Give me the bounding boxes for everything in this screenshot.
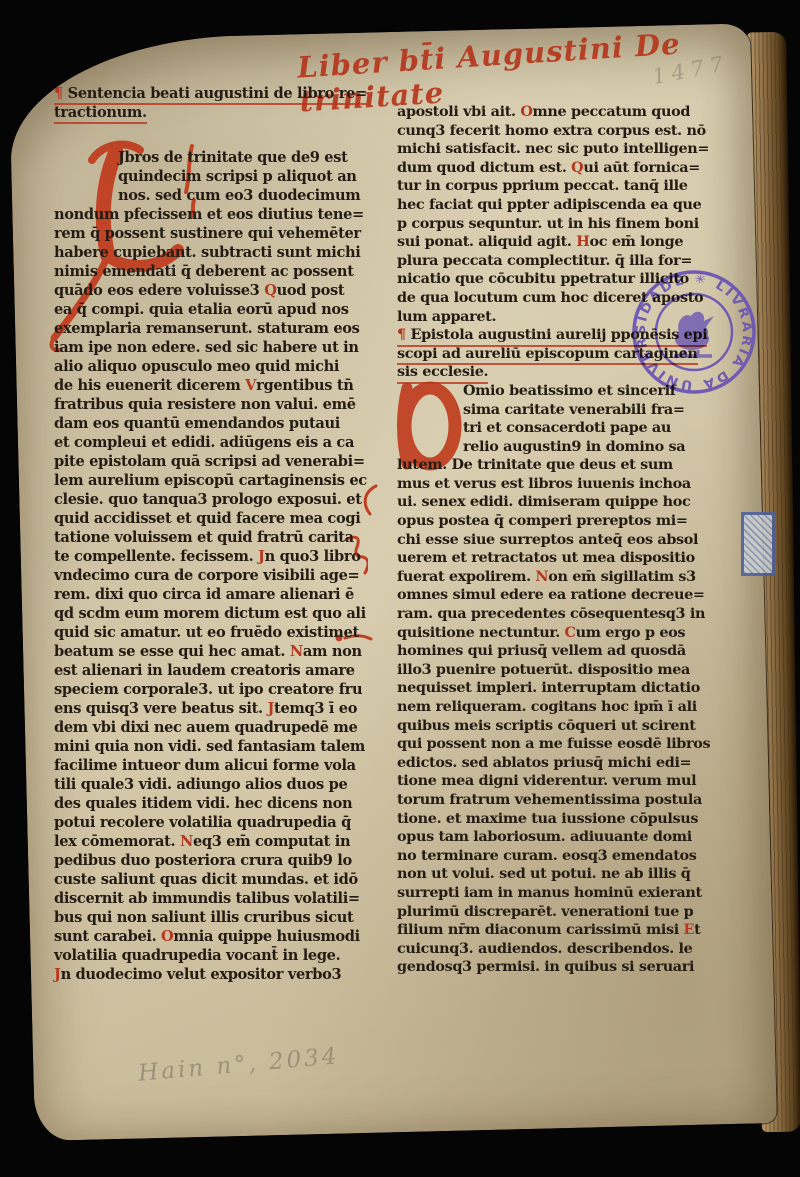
- text-line: qd scdm eum morem dictum est quo ali: [54, 604, 394, 623]
- text-line: vndecimo cura de corpore visibili age=: [54, 566, 394, 585]
- text-line: bus qui non saliunt illis cruribus sicut: [54, 908, 394, 927]
- text-line: clesie. quo tanqua3 prologo exposui. et: [54, 490, 394, 509]
- text-line: tatione voluissem et quid fratrū carita: [54, 528, 394, 547]
- text-line: ens quisq3 vere beatus sit. Jtemq3 ī eo: [54, 699, 394, 718]
- text-line: sui ponat. aliquid agit. Hoc em̄ longe: [397, 233, 765, 252]
- text-line: michi satisfacit. nec sic puto intellige…: [397, 140, 765, 159]
- text-line: sunt carabei. Omnia quippe huiusmodi: [54, 927, 394, 946]
- text-line: speciem corporale3. ut ipo creatore fru: [54, 680, 394, 699]
- text-line: tractionum.: [54, 103, 394, 122]
- text-line: alio aliquo opusculo meo quid michi: [54, 357, 394, 376]
- right-text-column: apostoli vbi ait. Omne peccatum quodcunq…: [397, 103, 765, 977]
- text-line: rem. dixi quo circa id amare alienari ē: [54, 585, 394, 604]
- text-line: fratribus quia resistere non valui. emē: [54, 395, 394, 414]
- text-line: qui possent non a me fuisse eosdē libros: [397, 735, 765, 754]
- text-line: nequisset impleri. interruptam dictatio: [397, 679, 765, 698]
- text-line: opus tam laboriosum. adiuuante domi: [397, 828, 765, 847]
- bibliographic-pencil-note: Hain n°, 2034: [137, 1043, 340, 1086]
- text-line: nem reliqueram. cogitans hoc ipm̄ ī ali: [397, 698, 765, 717]
- text-line: de his euenerit dicerem Vrgentibus tn̄: [54, 376, 394, 395]
- text-line: no terminare curam. eosq3 emendatos: [397, 847, 765, 866]
- text-line: hec faciat qui ppter adipiscenda ea que: [397, 196, 765, 215]
- text-line: tili quale3 vidi. adiungo alios duos pe: [54, 775, 394, 794]
- photograph-backdrop: Liber bt̄i Augustini De trinitate 1477: [0, 0, 800, 1177]
- text-line: nos. sed cum eo3 duodecimum: [54, 186, 394, 205]
- text-line: ¶ Sentencia beati augustini de libro re=: [54, 84, 394, 103]
- text-line: lex cōmemorat. Neq3 em̄ computat in: [54, 832, 394, 851]
- text-line: potui recolere volatilia quadrupedia q̄: [54, 813, 394, 832]
- text-line: nondum pfecissem et eos diutius tene=: [54, 205, 394, 224]
- text-line: opus postea q̄ comperi prereptos mi=: [397, 512, 765, 531]
- text-line: habere cupiebant. subtracti sunt michi: [54, 243, 394, 262]
- pelican-emblem-icon: [674, 312, 714, 356]
- text-line: mini quia non vidi. sed fantasiam talem: [54, 737, 394, 756]
- text-line: tione mea digni viderentur. verum mul: [397, 772, 765, 791]
- text-line: mus et verus est libros iuuenis inchoa: [397, 475, 765, 494]
- text-line: plurimū discreparēt. venerationi tue p: [397, 903, 765, 922]
- text-line: uerem et retractatos ut mea dispositio: [397, 549, 765, 568]
- text-line: te compellente. fecissem. Jn quo3 libro: [54, 547, 394, 566]
- text-line: cunq3 fecerit homo extra corpus est. nō: [397, 122, 765, 141]
- text-line: quibus meis scriptis cōqueri ut scirent: [397, 717, 765, 736]
- text-line: tione. et maxime tua iussione cōpulsus: [397, 810, 765, 829]
- text-line: dam eos quantū emendandos putaui: [54, 414, 394, 433]
- text-line: tri et consacerdoti pape au: [397, 419, 765, 438]
- text-line: cuicunq3. audiendos. describendos. le: [397, 940, 765, 959]
- text-line: illo3 puenire potuerūt. dispositio mea: [397, 661, 765, 680]
- text-line: chi esse siue surreptos anteq̄ eos absol: [397, 531, 765, 550]
- text-line: exemplaria remanserunt. staturam eos: [54, 319, 394, 338]
- text-line: p corpus sequntur. ut in his finem boni: [397, 215, 765, 234]
- text-line: apostoli vbi ait. Omne peccatum quod: [397, 103, 765, 122]
- text-line: fuerat expolirem. Non em̄ sigillatim s3: [397, 568, 765, 587]
- page-content: Liber bt̄i Augustini De trinitate 1477: [0, 0, 800, 1177]
- text-line: filium nr̄m diaconum carissimū misi Et: [397, 921, 765, 940]
- text-line: Jbros de trinitate que de9 est: [54, 148, 394, 167]
- text-line: homines qui priusq̄ vellem ad quosdā: [397, 642, 765, 661]
- text-line: ram. qua precedentes cōsequentesq3 in: [397, 605, 765, 624]
- text-line: et compleui et edidi. adiūgens eis a ca: [54, 433, 394, 452]
- text-line: quid sic amatur. ut eo fruēdo existimet: [54, 623, 394, 642]
- text-line: iam ipe non edere. sed sic habere ut in: [54, 338, 394, 357]
- text-line: lutem. De trinitate que deus et sum: [397, 456, 765, 475]
- text-line: des quales itidem vidi. hec dicens non: [54, 794, 394, 813]
- text-line: quid accidisset et quid facere mea cogi: [54, 509, 394, 528]
- text-line: est alienari in laudem creatoris amare: [54, 661, 394, 680]
- text-line: volatilia quadrupedia vocant̄ in lege.: [54, 946, 394, 965]
- text-line: rem q̄ possent sustinere qui vehemēter: [54, 224, 394, 243]
- text-line: beatum se esse qui hec amat. Nam non: [54, 642, 394, 661]
- text-line: edictos. sed ablatos priusq̄ michi edi=: [397, 754, 765, 773]
- text-line: dum quod dictum est. Qui aūt fornica=: [397, 159, 765, 178]
- text-line: discernit ab immundis talibus volatili=: [54, 889, 394, 908]
- text-line: quindecim scripsi p aliquot an: [54, 167, 394, 186]
- text-line: facilime intueor dum alicui forme vola: [54, 756, 394, 775]
- text-line: quādo eos edere voluisse3 Quod post: [54, 281, 394, 300]
- text-line: custe saliunt quas dicit mundas. et idō: [54, 870, 394, 889]
- text-line: relio augustin9 in domino sa: [397, 438, 765, 457]
- text-line: quisitione nectuntur. Cum ergo p eos: [397, 624, 765, 643]
- library-stamp: ✳ LIVRARIA DA UNIVERSIDADE: [628, 266, 760, 398]
- left-text-column: ¶ Sentencia beati augustini de libro re=…: [54, 84, 394, 984]
- text-line: lem aurelium episcopū cartaginensis ec: [54, 471, 394, 490]
- text-line: pite epistolam quā scripsi ad venerabi=: [54, 452, 394, 471]
- text-line: sima caritate venerabili fra=: [397, 401, 765, 420]
- text-line: torum fratrum vehementissima postula: [397, 791, 765, 810]
- text-line: omnes simul edere ea ratione decreue=: [397, 586, 765, 605]
- text-line: ui. senex edidi. dimiseram quippe hoc: [397, 493, 765, 512]
- text-line: Jn duodecimo velut expositor verbo3: [54, 965, 394, 984]
- text-line: nimis emendati q̄ deberent ac possent: [54, 262, 394, 281]
- text-line: pedibus duo posteriora crura quib9 lo: [54, 851, 394, 870]
- text-line: surrepti iam in manus hominū exierant: [397, 884, 765, 903]
- text-line: non ut volui. sed ut potui. ne ab illis …: [397, 865, 765, 884]
- text-line: ea q̄ compi. quia etalia eorū apud nos: [54, 300, 394, 319]
- text-line: dem vbi dixi nec auem quadrupedē me: [54, 718, 394, 737]
- text-line: gendosq3 permisi. in quibus si seruari: [397, 958, 765, 977]
- text-line: tur in corpus pprium peccat. tanq̄ ille: [397, 177, 765, 196]
